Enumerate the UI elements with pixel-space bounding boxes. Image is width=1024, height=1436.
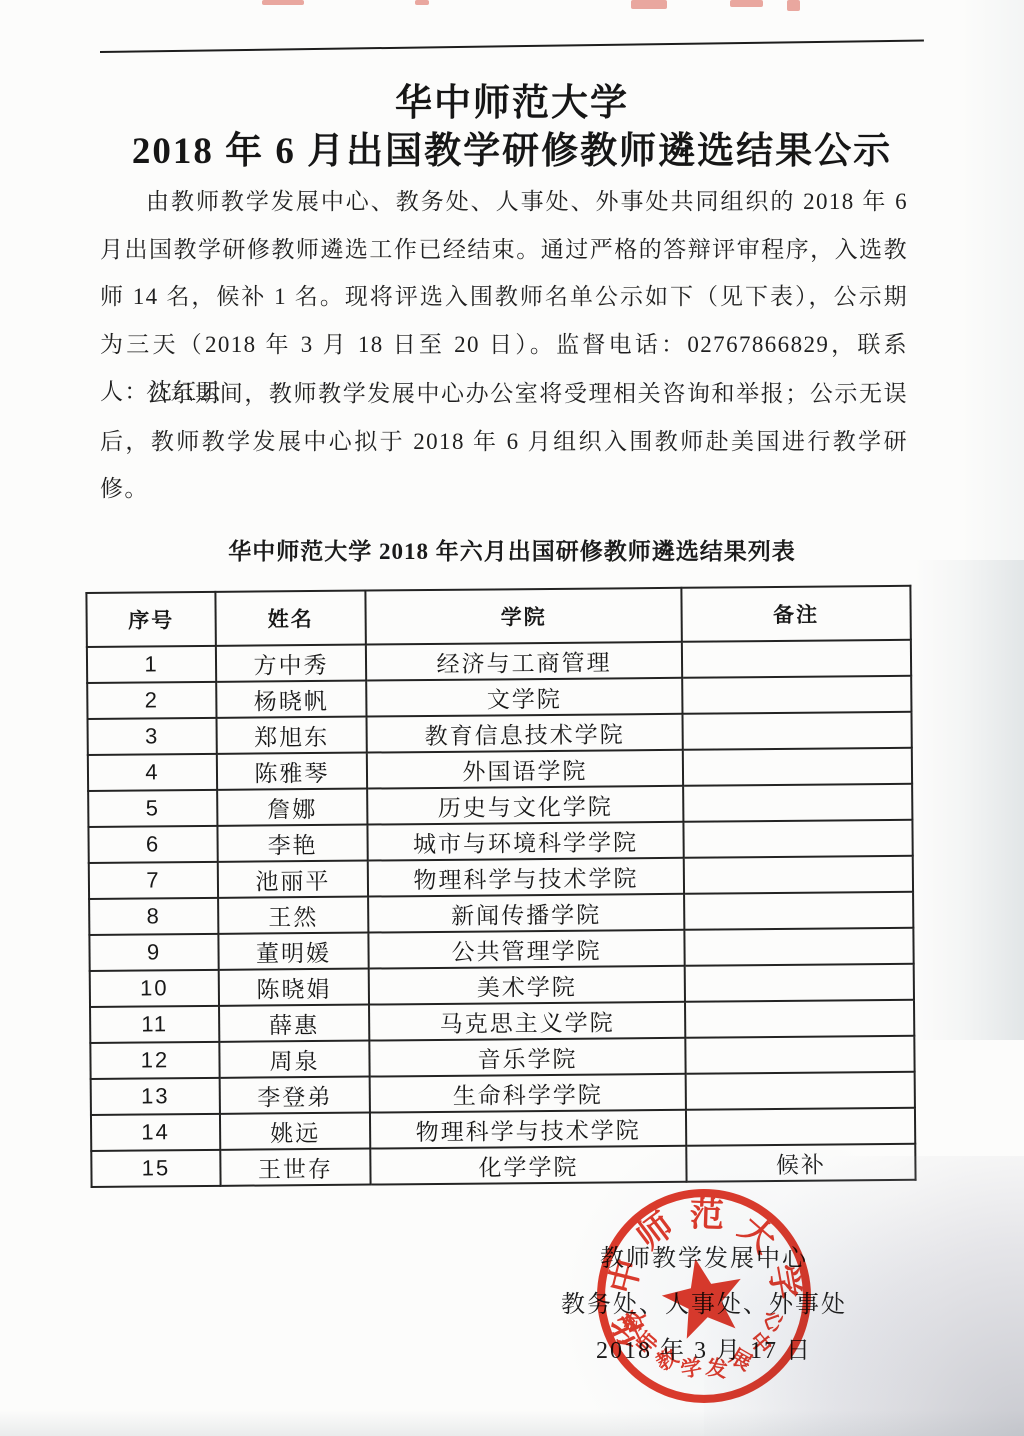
document-page: 华中师范大学 2018 年 6 月出国教学研修教师遴选结果公示 由教师教学发展中…: [0, 0, 1024, 1436]
scan-shading: [914, 560, 1024, 1040]
top-divider-line: [100, 39, 924, 53]
remark-cell: [683, 748, 912, 786]
college-cell: 历史与文化学院: [367, 786, 683, 825]
college-cell: 物理科学与技术学院: [368, 858, 684, 897]
row-number-cell: 5: [88, 790, 217, 827]
signature-date: 2018 年 3 月 17 日: [528, 1328, 880, 1374]
scan-artifact: [415, 0, 429, 5]
name-cell: 陈雅琴: [217, 753, 367, 790]
scan-artifact: [262, 0, 304, 5]
body-paragraph-2: 公示期间，教师教学发展中心办公室将受理相关咨询和举报；公示无误后，教师教学发展中…: [100, 370, 908, 513]
name-cell: 姚远: [220, 1113, 370, 1150]
name-cell: 杨晓帆: [216, 681, 366, 718]
results-table: 序号姓名学院备注 1方中秀经济与工商管理2杨晓帆文学院3郑旭东教育信息技术学院4…: [85, 585, 916, 1188]
table-header-row: 序号姓名学院备注: [86, 586, 910, 647]
column-header: 学院: [365, 588, 681, 645]
name-cell: 詹娜: [217, 789, 367, 826]
row-number-cell: 3: [88, 718, 217, 755]
college-cell: 美术学院: [369, 966, 685, 1005]
remark-cell: [684, 856, 913, 894]
remark-cell: [682, 640, 911, 678]
college-cell: 新闻传播学院: [368, 894, 684, 933]
name-cell: 王世存: [220, 1149, 370, 1186]
remark-cell: [685, 964, 914, 1002]
remark-cell: 候补: [686, 1144, 915, 1182]
row-number-cell: 6: [88, 826, 217, 863]
college-cell: 物理科学与技术学院: [370, 1110, 686, 1149]
table-row: 15王世存化学学院候补: [91, 1144, 915, 1187]
name-cell: 周泉: [219, 1041, 369, 1078]
college-cell: 化学学院: [370, 1146, 686, 1185]
row-number-cell: 2: [87, 682, 216, 719]
college-cell: 教育信息技术学院: [366, 714, 682, 753]
stamp-ring-char: 范: [689, 1196, 725, 1235]
college-cell: 公共管理学院: [368, 930, 684, 969]
results-table-wrapper: 序号姓名学院备注 1方中秀经济与工商管理2杨晓帆文学院3郑旭东教育信息技术学院4…: [85, 585, 914, 1188]
scan-shading: [0, 1410, 1024, 1436]
remark-cell: [683, 784, 912, 822]
name-cell: 王然: [218, 897, 368, 934]
row-number-cell: 4: [88, 754, 217, 791]
row-number-cell: 12: [90, 1042, 219, 1079]
college-cell: 经济与工商管理: [366, 642, 682, 681]
remark-cell: [686, 1108, 915, 1146]
signature-department-1: 教师教学发展中心: [528, 1236, 880, 1282]
college-cell: 城市与环境科学学院: [367, 822, 683, 861]
row-number-cell: 15: [91, 1150, 220, 1187]
row-number-cell: 13: [91, 1078, 220, 1115]
name-cell: 方中秀: [216, 645, 366, 682]
remark-cell: [683, 820, 912, 858]
name-cell: 薛惠: [219, 1005, 369, 1042]
remark-cell: [682, 676, 911, 714]
scan-artifact: [730, 0, 763, 7]
row-number-cell: 8: [89, 898, 218, 935]
remark-cell: [684, 928, 913, 966]
row-number-cell: 10: [90, 970, 219, 1007]
table-caption: 华中师范大学 2018 年六月出国研修教师遴选结果列表: [0, 533, 1024, 566]
college-cell: 文学院: [366, 678, 682, 717]
name-cell: 董明媛: [218, 933, 368, 970]
college-cell: 外国语学院: [367, 750, 683, 789]
scan-artifact: [787, 0, 800, 11]
college-cell: 音乐学院: [369, 1038, 685, 1077]
row-number-cell: 9: [89, 934, 218, 971]
row-number-cell: 1: [87, 646, 216, 683]
remark-cell: [685, 1000, 914, 1038]
name-cell: 池丽平: [218, 861, 368, 898]
college-cell: 马克思主义学院: [369, 1002, 685, 1041]
remark-cell: [684, 892, 913, 930]
name-cell: 陈晓娟: [219, 969, 369, 1006]
column-header: 备注: [681, 586, 910, 642]
row-number-cell: 11: [90, 1006, 219, 1043]
column-header: 姓名: [215, 591, 365, 646]
remark-cell: [682, 712, 911, 750]
name-cell: 郑旭东: [217, 717, 367, 754]
scan-artifact: [631, 0, 667, 9]
name-cell: 李登弟: [220, 1077, 370, 1114]
signature-department-2: 教务处、人事处、外事处: [528, 1282, 880, 1328]
remark-cell: [685, 1036, 914, 1074]
row-number-cell: 14: [91, 1114, 220, 1151]
row-number-cell: 7: [89, 862, 218, 899]
name-cell: 李艳: [217, 825, 367, 862]
column-header: 序号: [86, 592, 215, 647]
signature-block: 教师教学发展中心 教务处、人事处、外事处 2018 年 3 月 17 日: [528, 1236, 880, 1374]
announcement-title: 2018 年 6 月出国教学研修教师遴选结果公示: [0, 120, 1024, 174]
university-title: 华中师范大学: [0, 72, 1024, 126]
college-cell: 生命科学学院: [370, 1074, 686, 1113]
remark-cell: [686, 1072, 915, 1110]
